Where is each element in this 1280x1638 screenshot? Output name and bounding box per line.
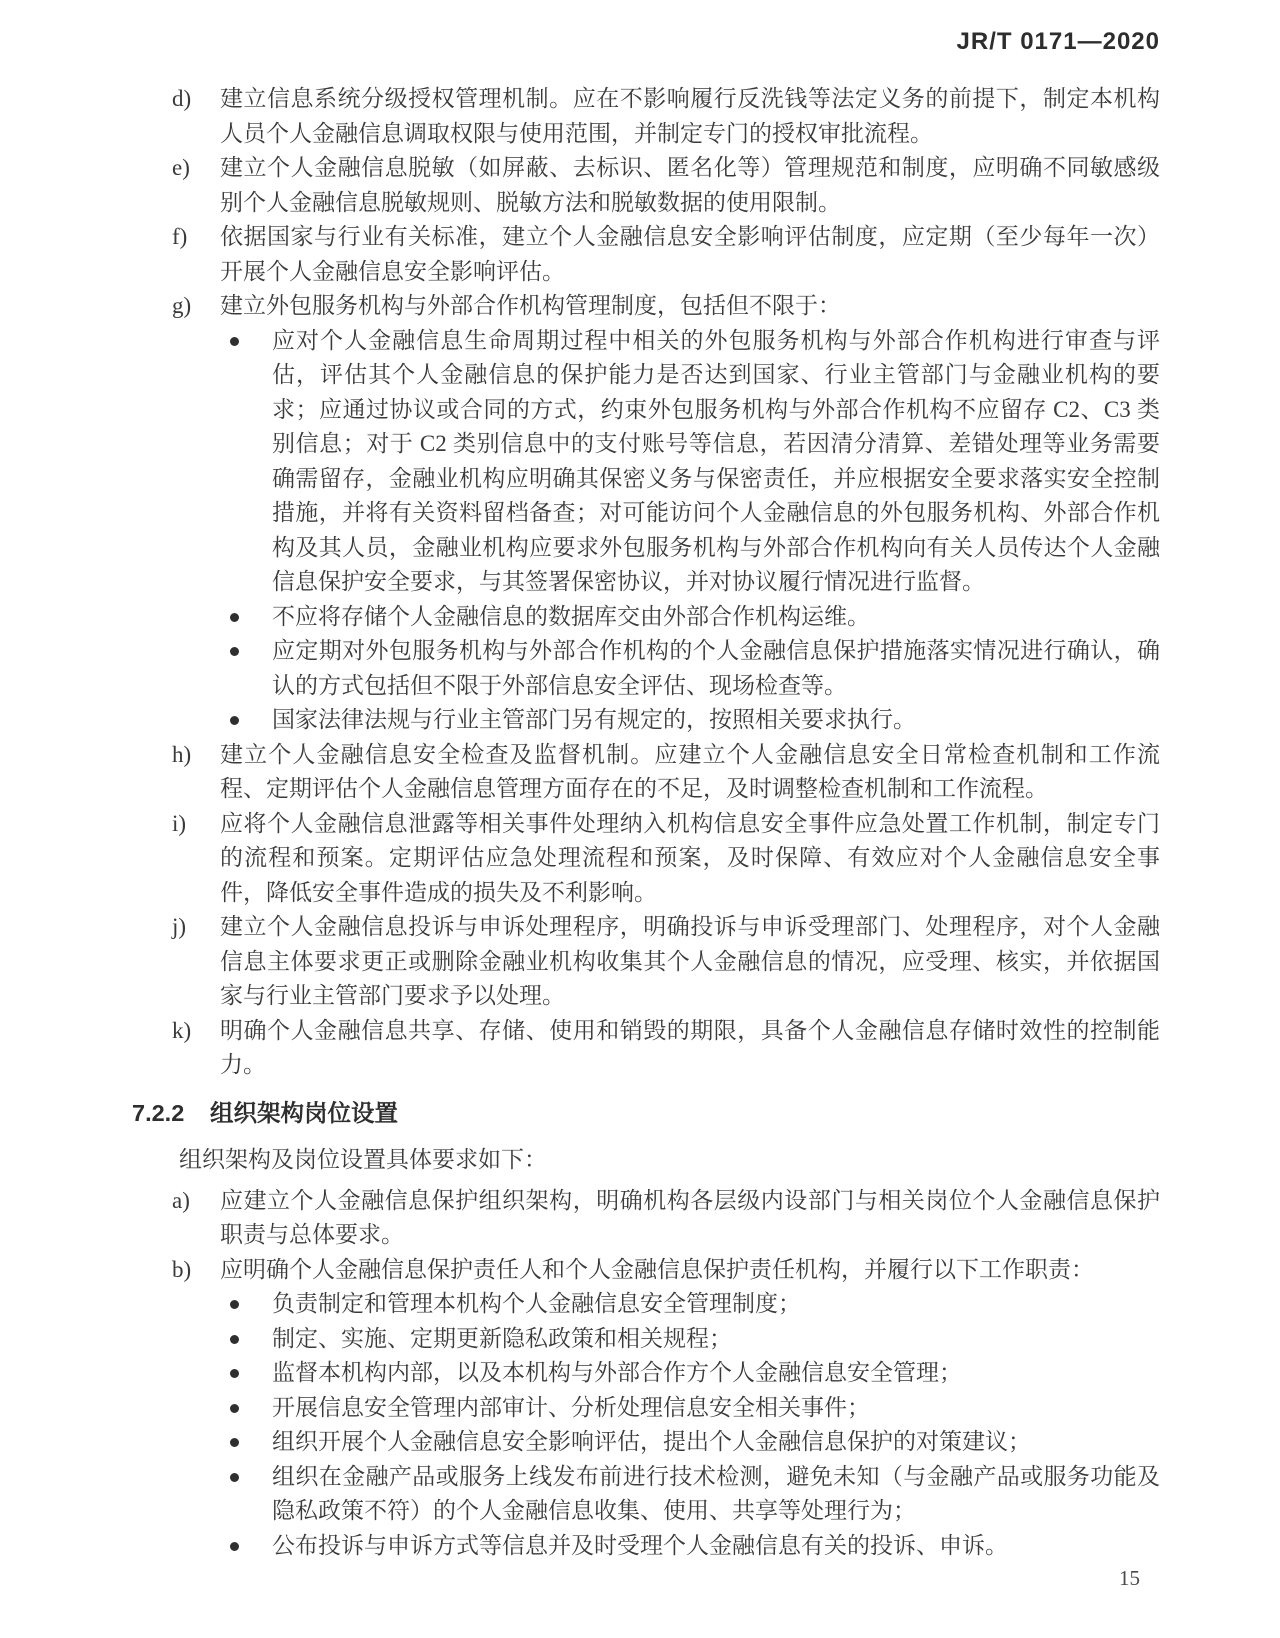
bullet-list: 应对个人金融信息生命周期过程中相关的外包服务机构与外部合作机构进行审查与评估，评… <box>230 324 1160 738</box>
bullet-text: 负责制定和管理本机构个人金融信息安全管理制度； <box>272 1287 1160 1322</box>
list-item: e) 建立个人金融信息脱敏（如屏蔽、去标识、匿名化等）管理规范和制度，应明确不同… <box>0 151 1280 220</box>
bullet-icon <box>230 600 272 635</box>
bullet-text: 组织在金融产品或服务上线发布前进行技术检测，避免未知（与金融产品或服务功能及隐私… <box>272 1460 1160 1529</box>
lettered-list-main: d) 建立信息系统分级授权管理机制。应在不影响履行反洗钱等法定义务的前提下，制定… <box>0 82 1280 1083</box>
list-item-body: 建立个人金融信息安全检查及监督机制。应建立个人金融信息安全日常检查机制和工作流程… <box>220 738 1160 807</box>
bullet-text: 不应将存储个人金融信息的数据库交由外部合作机构运维。 <box>272 600 1160 635</box>
bullet-item: 不应将存储个人金融信息的数据库交由外部合作机构运维。 <box>230 600 1160 635</box>
list-item-text: 建立信息系统分级授权管理机制。应在不影响履行反洗钱等法定义务的前提下，制定本机构… <box>220 86 1160 146</box>
list-item-label: k) <box>172 1014 220 1083</box>
list-item-body: 建立信息系统分级授权管理机制。应在不影响履行反洗钱等法定义务的前提下，制定本机构… <box>220 82 1160 151</box>
bullet-item: 应定期对外包服务机构与外部合作机构的个人金融信息保护措施落实情况进行确认，确认的… <box>230 634 1160 703</box>
bullet-text: 国家法律法规与行业主管部门另有规定的，按照相关要求执行。 <box>272 703 1160 738</box>
list-item-text: 建立个人金融信息投诉与申诉处理程序，明确投诉与申诉受理部门、处理程序，对个人金融… <box>220 914 1160 1008</box>
list-item-text: 建立外包服务机构与外部合作机构管理制度，包括但不限于： <box>220 293 841 318</box>
list-item-label: j) <box>172 910 220 1014</box>
list-item-body: 依据国家与行业有关标准，建立个人金融信息安全影响评估制度，应定期（至少每年一次）… <box>220 220 1160 289</box>
bullet-item: 组织开展个人金融信息安全影响评估，提出个人金融信息保护的对策建议； <box>230 1425 1160 1460</box>
lettered-list-sub: a) 应建立个人金融信息保护组织架构，明确机构各层级内设部门与相关岗位个人金融信… <box>0 1184 1280 1564</box>
bullet-item: 国家法律法规与行业主管部门另有规定的，按照相关要求执行。 <box>230 703 1160 738</box>
list-item-text: 建立个人金融信息安全检查及监督机制。应建立个人金融信息安全日常检查机制和工作流程… <box>220 742 1160 802</box>
list-item-label: g) <box>172 289 220 738</box>
document-header: JR/T 0171—2020 <box>0 28 1160 56</box>
list-item-label: f) <box>172 220 220 289</box>
list-item-text: 建立个人金融信息脱敏（如屏蔽、去标识、匿名化等）管理规范和制度，应明确不同敏感级… <box>220 155 1160 215</box>
list-item-body: 明确个人金融信息共享、存储、使用和销毁的期限，具备个人金融信息存储时效性的控制能… <box>220 1014 1160 1083</box>
list-item-text: 应明确个人金融信息保护责任人和个人金融信息保护责任机构，并履行以下工作职责： <box>220 1257 1094 1282</box>
list-item-body: 建立外包服务机构与外部合作机构管理制度，包括但不限于： 应对个人金融信息生命周期… <box>220 289 1160 738</box>
bullet-item: 监督本机构内部，以及本机构与外部合作方个人金融信息安全管理； <box>230 1356 1160 1391</box>
list-item-body: 建立个人金融信息投诉与申诉处理程序，明确投诉与申诉受理部门、处理程序，对个人金融… <box>220 910 1160 1014</box>
section-title: 组织架构岗位设置 <box>210 1100 398 1126</box>
bullet-icon <box>230 703 272 738</box>
list-item-label: b) <box>172 1253 220 1564</box>
list-item-text: 明确个人金融信息共享、存储、使用和销毁的期限，具备个人金融信息存储时效性的控制能… <box>220 1018 1160 1078</box>
bullet-icon <box>230 1322 272 1357</box>
bullet-text: 公布投诉与申诉方式等信息并及时受理个人金融信息有关的投诉、申诉。 <box>272 1529 1160 1564</box>
list-item-label: a) <box>172 1184 220 1253</box>
bullet-icon <box>230 324 272 600</box>
bullet-text: 应定期对外包服务机构与外部合作机构的个人金融信息保护措施落实情况进行确认，确认的… <box>272 634 1160 703</box>
bullet-text: 制定、实施、定期更新隐私政策和相关规程； <box>272 1322 1160 1357</box>
list-item-body: 应明确个人金融信息保护责任人和个人金融信息保护责任机构，并履行以下工作职责： 负… <box>220 1253 1160 1564</box>
document-content: d) 建立信息系统分级授权管理机制。应在不影响履行反洗钱等法定义务的前提下，制定… <box>0 82 1280 1563</box>
section-number: 7.2.2 <box>132 1096 194 1131</box>
intro-paragraph: 组织架构及岗位设置具体要求如下： <box>179 1143 1280 1178</box>
list-item: i) 应将个人金融信息泄露等相关事件处理纳入机构信息安全事件应急处置工作机制，制… <box>0 807 1280 911</box>
list-item: f) 依据国家与行业有关标准，建立个人金融信息安全影响评估制度，应定期（至少每年… <box>0 220 1280 289</box>
list-item: d) 建立信息系统分级授权管理机制。应在不影响履行反洗钱等法定义务的前提下，制定… <box>0 82 1280 151</box>
list-item-label: e) <box>172 151 220 220</box>
document-page: JR/T 0171—2020 d) 建立信息系统分级授权管理机制。应在不影响履行… <box>0 0 1280 1638</box>
list-item: j) 建立个人金融信息投诉与申诉处理程序，明确投诉与申诉受理部门、处理程序，对个… <box>0 910 1280 1014</box>
section-heading: 7.2.2组织架构岗位设置 <box>132 1096 1280 1131</box>
bullet-item: 应对个人金融信息生命周期过程中相关的外包服务机构与外部合作机构进行审查与评估，评… <box>230 324 1160 600</box>
list-item-body: 建立个人金融信息脱敏（如屏蔽、去标识、匿名化等）管理规范和制度，应明确不同敏感级… <box>220 151 1160 220</box>
list-item: b) 应明确个人金融信息保护责任人和个人金融信息保护责任机构，并履行以下工作职责… <box>0 1253 1280 1564</box>
bullet-text: 监督本机构内部，以及本机构与外部合作方个人金融信息安全管理； <box>272 1356 1160 1391</box>
list-item-text: 应建立个人金融信息保护组织架构，明确机构各层级内设部门与相关岗位个人金融信息保护… <box>220 1188 1160 1248</box>
bullet-icon <box>230 1529 272 1564</box>
bullet-item: 负责制定和管理本机构个人金融信息安全管理制度； <box>230 1287 1160 1322</box>
list-item: g) 建立外包服务机构与外部合作机构管理制度，包括但不限于： 应对个人金融信息生… <box>0 289 1280 738</box>
bullet-item: 开展信息安全管理内部审计、分析处理信息安全相关事件； <box>230 1391 1160 1426</box>
list-item: h) 建立个人金融信息安全检查及监督机制。应建立个人金融信息安全日常检查机制和工… <box>0 738 1280 807</box>
list-item: a) 应建立个人金融信息保护组织架构，明确机构各层级内设部门与相关岗位个人金融信… <box>0 1184 1280 1253</box>
bullet-text: 开展信息安全管理内部审计、分析处理信息安全相关事件； <box>272 1391 1160 1426</box>
bullet-item: 制定、实施、定期更新隐私政策和相关规程； <box>230 1322 1160 1357</box>
page-footer: 15 <box>0 1566 1140 1591</box>
bullet-icon <box>230 1425 272 1460</box>
bullet-icon <box>230 1287 272 1322</box>
list-item-label: i) <box>172 807 220 911</box>
bullet-icon <box>230 1460 272 1529</box>
bullet-icon <box>230 1391 272 1426</box>
page-number: 15 <box>1119 1566 1140 1590</box>
bullet-item: 组织在金融产品或服务上线发布前进行技术检测，避免未知（与金融产品或服务功能及隐私… <box>230 1460 1160 1529</box>
list-item-label: d) <box>172 82 220 151</box>
list-item-label: h) <box>172 738 220 807</box>
bullet-text: 组织开展个人金融信息安全影响评估，提出个人金融信息保护的对策建议； <box>272 1425 1160 1460</box>
list-item-body: 应将个人金融信息泄露等相关事件处理纳入机构信息安全事件应急处置工作机制，制定专门… <box>220 807 1160 911</box>
bullet-icon <box>230 634 272 703</box>
list-item-text: 依据国家与行业有关标准，建立个人金融信息安全影响评估制度，应定期（至少每年一次）… <box>220 224 1160 284</box>
bullet-item: 公布投诉与申诉方式等信息并及时受理个人金融信息有关的投诉、申诉。 <box>230 1529 1160 1564</box>
list-item-text: 应将个人金融信息泄露等相关事件处理纳入机构信息安全事件应急处置工作机制，制定专门… <box>220 811 1160 905</box>
bullet-list: 负责制定和管理本机构个人金融信息安全管理制度； 制定、实施、定期更新隐私政策和相… <box>230 1287 1160 1563</box>
bullet-text: 应对个人金融信息生命周期过程中相关的外包服务机构与外部合作机构进行审查与评估，评… <box>272 324 1160 600</box>
list-item-body: 应建立个人金融信息保护组织架构，明确机构各层级内设部门与相关岗位个人金融信息保护… <box>220 1184 1160 1253</box>
list-item: k) 明确个人金融信息共享、存储、使用和销毁的期限，具备个人金融信息存储时效性的… <box>0 1014 1280 1083</box>
doc-number: JR/T 0171—2020 <box>957 28 1160 55</box>
bullet-icon <box>230 1356 272 1391</box>
